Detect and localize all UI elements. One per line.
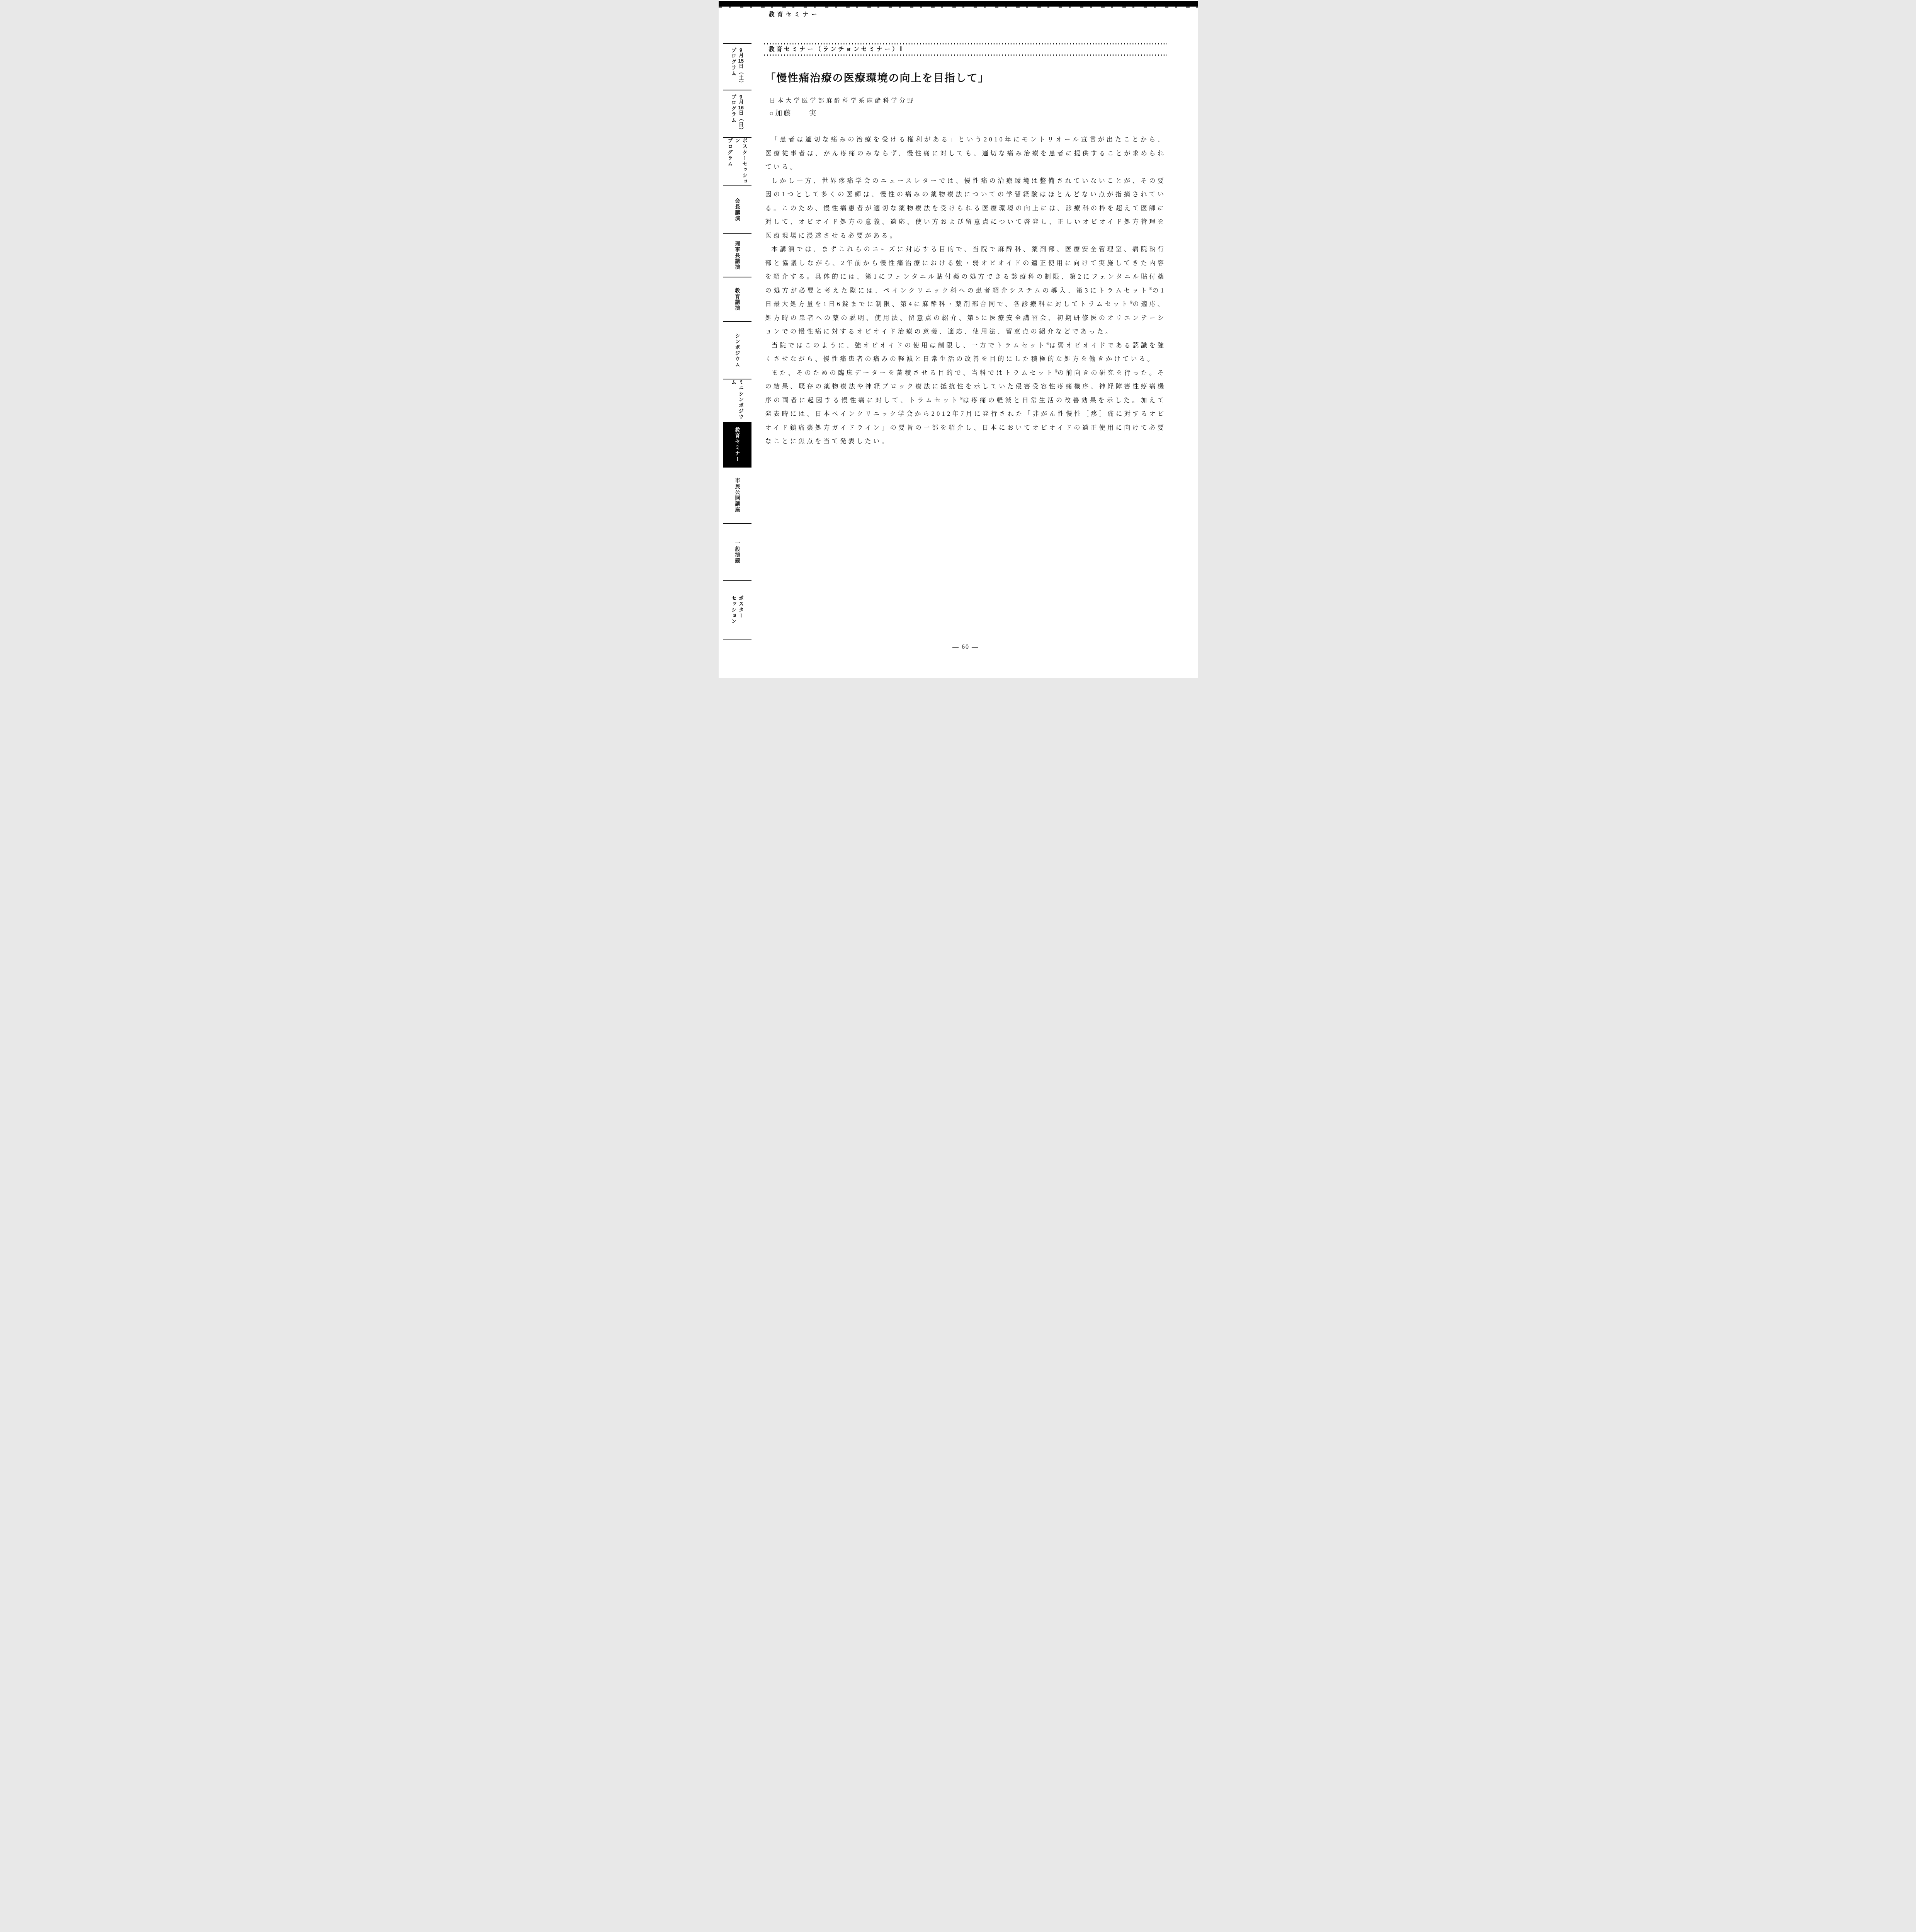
sidebar-item-sep16-program: 9月16日（日）プログラム [723, 90, 751, 137]
sidebar-item-label: 一般演題 [734, 541, 741, 564]
dotted-rule-bottom [763, 54, 1167, 56]
abstract-body: 「患者は適切な痛みの治療を受ける権利がある」という2010年にモントリオール宣言… [765, 133, 1166, 449]
sidebar-item-symposium: シンポジウム [723, 321, 751, 379]
sidebar-item-label: 市民公開講座 [734, 478, 741, 513]
page-title: 「慢性痛治療の医療環境の向上を目指して」 [765, 70, 1167, 85]
sidebar-item-educational-seminar: 教育セミナー [723, 422, 751, 468]
sidebar-item-label: ミニシンポジウム [730, 379, 745, 422]
sidebar-item-label: シンポジウム [734, 333, 741, 368]
sidebar-item-label: ポスターセッションプログラム [726, 138, 748, 185]
sidebar-item-educational-lecture: 教育講演 [723, 277, 751, 321]
sidebar-item-sep15-program: 9月15日（土）プログラム [723, 43, 751, 90]
running-head: 教育セミナー [769, 10, 820, 18]
sidebar-item-label: 理事長講演 [734, 241, 741, 270]
sidebar-item-label: 会長講演 [734, 198, 741, 221]
abstract-paragraph: 当院ではこのように、強オピオイドの使用は制限し、一方でトラムセット®は弱オピオイ… [765, 339, 1166, 366]
sidebar-item-label: 9月16日（日）プログラム [730, 94, 745, 133]
abstract-paragraph: 本講演では、まずこれらのニーズに対応する目的で、当院で麻酔科、薬剤部、医療安全管… [765, 243, 1166, 339]
section-tab-sidebar: 9月15日（土）プログラム9月16日（日）プログラムポスターセッションプログラム… [723, 43, 751, 639]
sidebar-item-poster-session: ポスターセッション [723, 580, 751, 639]
sidebar-item-chairmans-lecture: 理事長講演 [723, 233, 751, 277]
scan-noise-edge [719, 7, 1198, 8]
sidebar-item-label: ポスターセッション [730, 595, 745, 624]
session-label-box: 教育セミナー（ランチョンセミナー）Ⅰ [763, 43, 1167, 56]
scanned-document-page: 教育セミナー 教育セミナー（ランチョンセミナー）Ⅰ 「慢性痛治療の医療環境の向上… [719, 0, 1198, 678]
sidebar-item-citizens-open-lecture: 市民公開講座 [723, 468, 751, 523]
sidebar-item-label: 9月15日（土）プログラム [730, 48, 745, 87]
affiliation: 日本大学医学部麻酔科学系麻酔科学分野 [770, 96, 916, 104]
sidebar-item-label: 教育講演 [734, 288, 741, 311]
sidebar-item-label: 教育セミナー [734, 427, 741, 462]
abstract-paragraph: また、そのための臨床データーを蓄積させる目的で、当科ではトラムセット®の前向きの… [765, 366, 1166, 449]
page-number: ― 60 ― [765, 644, 1166, 651]
session-label: 教育セミナー（ランチョンセミナー）Ⅰ [763, 44, 1167, 54]
abstract-paragraph: しかし一方、世界疼痛学会のニュースレターでは、慢性痛の治療環境は整備されていない… [765, 174, 1166, 243]
sidebar-item-poster-session-program: ポスターセッションプログラム [723, 137, 751, 185]
presenter-name: ○加藤 実 [770, 108, 818, 118]
top-scan-band [719, 1, 1198, 7]
abstract-paragraph: 「患者は適切な痛みの治療を受ける権利がある」という2010年にモントリオール宣言… [765, 133, 1166, 174]
sidebar-item-general-presentations: 一般演題 [723, 523, 751, 580]
sidebar-item-presidents-lecture: 会長講演 [723, 185, 751, 233]
sidebar-item-mini-symposium: ミニシンポジウム [723, 379, 751, 422]
